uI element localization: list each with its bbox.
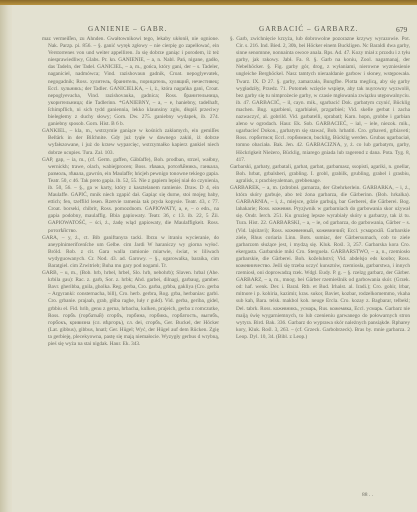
dictionary-entry: GARB, – u, m., (Bob. hrb, hrbel, hrbel, … xyxy=(42,270,219,348)
dictionary-entry: GAP, gap, – ia, m., (cf. Germ. gaffen, G… xyxy=(42,157,219,235)
dictionary-entry: §. Garb, zwichnięcie krzyża, lub dobrowo… xyxy=(230,36,410,164)
page-number: 679 xyxy=(396,25,407,34)
dictionary-page: GANIENIE – GABR. GARBACIĆ – GARBARZ. 679… xyxy=(12,5,417,512)
text-column-left: maz vermeiſſen, zu Ahnden. Gwałtownikowi… xyxy=(42,36,219,476)
signature-mark: 88 . . xyxy=(362,492,373,498)
running-header-right: GARBACIĆ – GARBARZ. xyxy=(259,25,358,33)
dictionary-entry: GANKIEL, – kla, m., wstrzymie ganiące w … xyxy=(42,128,219,156)
running-header-left: GANIENIE – GABR. xyxy=(88,25,167,33)
dictionary-entry: GARBAREK, – a, m. (zdrobnł. garnarza, de… xyxy=(230,185,410,341)
dictionary-entry: GARA, – y, ż., ct. Bib ganiftanyra tacki… xyxy=(42,235,219,270)
text-column-right: §. Garb, zwichnięcie krzyża, lub dobrowo… xyxy=(230,36,410,466)
dictionary-entry: Garbarski, garbaty, garbatali, garbat, g… xyxy=(230,164,410,185)
book-binding-gutter xyxy=(0,5,12,512)
dictionary-entry: maz vermeiſſen, zu Ahnden. Gwałtownikowi… xyxy=(42,36,219,128)
